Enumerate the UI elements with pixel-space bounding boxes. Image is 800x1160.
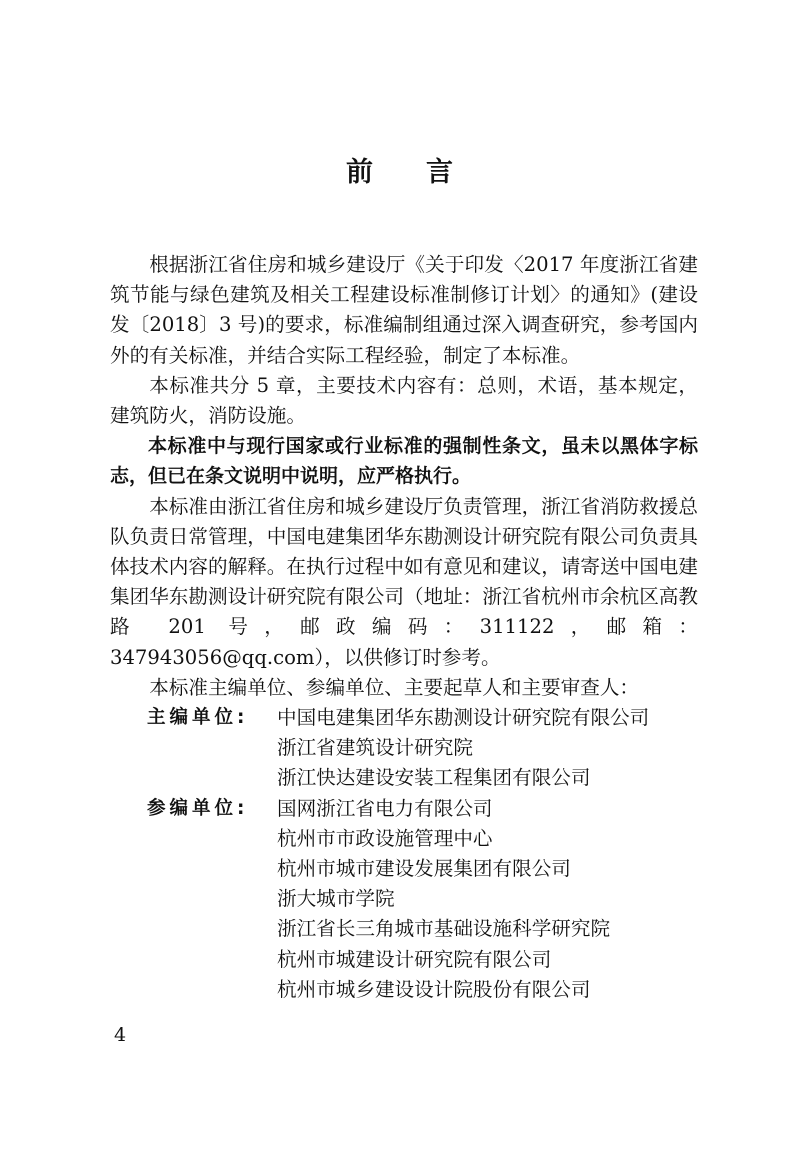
chief-editor-list: 中国电建集团华东勘测设计研究院有限公司 浙江省建筑设计研究院 浙江快达建设安装工… xyxy=(277,703,698,794)
list-item: 中国电建集团华东勘测设计研究院有限公司 xyxy=(277,703,698,733)
paragraph-units-intro: 本标准主编单位、参编单位、主要起草人和主要审查人： xyxy=(110,673,698,703)
list-item: 杭州市城市建设发展集团有限公司 xyxy=(277,854,698,884)
page-number: 4 xyxy=(114,1024,126,1046)
list-item: 国网浙江省电力有限公司 xyxy=(277,794,698,824)
co-editor-units: 参编单位: 国网浙江省电力有限公司 杭州市市政设施管理中心 杭州市城市建设发展集… xyxy=(110,794,698,1005)
list-item: 杭州市城建设计研究院有限公司 xyxy=(277,945,698,975)
list-item: 杭州市市政设施管理中心 xyxy=(277,824,698,854)
list-item: 浙江省长三角城市基础设施科学研究院 xyxy=(277,914,698,944)
list-item: 杭州市城乡建设设计院股份有限公司 xyxy=(277,975,698,1005)
title-char-1: 前 xyxy=(346,150,374,189)
co-editor-label: 参编单位: xyxy=(110,794,277,1005)
co-editor-list: 国网浙江省电力有限公司 杭州市市政设施管理中心 杭州市城市建设发展集团有限公司 … xyxy=(277,794,698,1005)
preface-body: 根据浙江省住房和城乡建设厅《关于印发〈2017 年度浙江省建筑节能与绿色建筑及相… xyxy=(110,250,698,1005)
list-item: 浙大城市学院 xyxy=(277,884,698,914)
list-item: 浙江省建筑设计研究院 xyxy=(277,733,698,763)
paragraph-mandatory-clauses: 本标准中与现行国家或行业标准的强制性条文，虽未以黑体字标志，但已在条文说明中说明… xyxy=(110,431,698,491)
page-title: 前言 xyxy=(0,150,800,189)
paragraph-management: 本标准由浙江省住房和城乡建设厅负责管理，浙江省消防救援总队负责日常管理，中国电建… xyxy=(110,492,698,673)
chief-editor-label: 主编单位: xyxy=(110,703,277,794)
list-item: 浙江快达建设安装工程集团有限公司 xyxy=(277,763,698,793)
paragraph-chapters: 本标准共分 5 章，主要技术内容有：总则，术语，基本规定，建筑防火，消防设施。 xyxy=(110,371,698,431)
chief-editor-units: 主编单位: 中国电建集团华东勘测设计研究院有限公司 浙江省建筑设计研究院 浙江快… xyxy=(110,703,698,794)
paragraph-basis: 根据浙江省住房和城乡建设厅《关于印发〈2017 年度浙江省建筑节能与绿色建筑及相… xyxy=(110,250,698,371)
title-char-2: 言 xyxy=(426,150,454,189)
